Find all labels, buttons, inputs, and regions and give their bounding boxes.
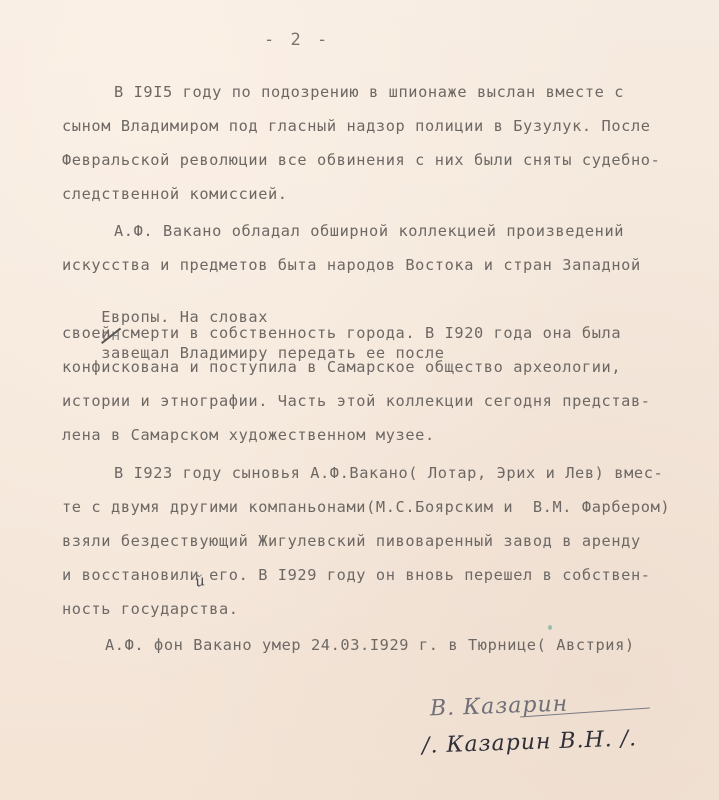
- page-number: - 2 -: [264, 30, 330, 50]
- document-page: - 2 - В I9I5 году по подозрению в шпиона…: [0, 0, 719, 800]
- signature-name: /. Казарин В.Н. /.: [422, 726, 638, 758]
- text-line: Февральской революции все обвинения с ни…: [62, 151, 660, 169]
- signature-autograph: В. Казарин: [430, 692, 569, 722]
- text-line: сыном Владимиром под гласный надзор поли…: [62, 117, 651, 135]
- text-line: конфискована и поступила в Самарское общ…: [62, 358, 621, 376]
- text-line: искусства и предметов быта народов Восто…: [62, 256, 641, 274]
- text-line: и восстановили его. В I929 году он вновь…: [62, 566, 651, 584]
- text-line: лена в Самарском художественном музее.: [62, 426, 435, 444]
- text-line: своей смерти в собственность города. В I…: [62, 324, 621, 342]
- text-line: А.Ф. Вакано обладал обширной коллекцией …: [114, 222, 624, 240]
- ink-stain: [548, 625, 552, 630]
- text-line: те с двумя другими компаньонами(М.С.Бояр…: [62, 498, 670, 516]
- text-line: ность государства.: [62, 600, 239, 618]
- text-line: В I9I5 году по подозрению в шпионаже выс…: [114, 83, 624, 101]
- text-line: истории и этнографии. Часть этой коллекц…: [62, 392, 651, 410]
- text-line: следственной комиссией.: [62, 185, 288, 203]
- text-line: взяли бездествующий Жигулевский пивоваре…: [62, 532, 641, 550]
- text-line: В I923 году сыновья А.Ф.Вакано( Лотар, Э…: [114, 464, 663, 482]
- text-line: А.Ф. фон Вакано умер 24.03.I929 г. в Тюр…: [105, 636, 635, 654]
